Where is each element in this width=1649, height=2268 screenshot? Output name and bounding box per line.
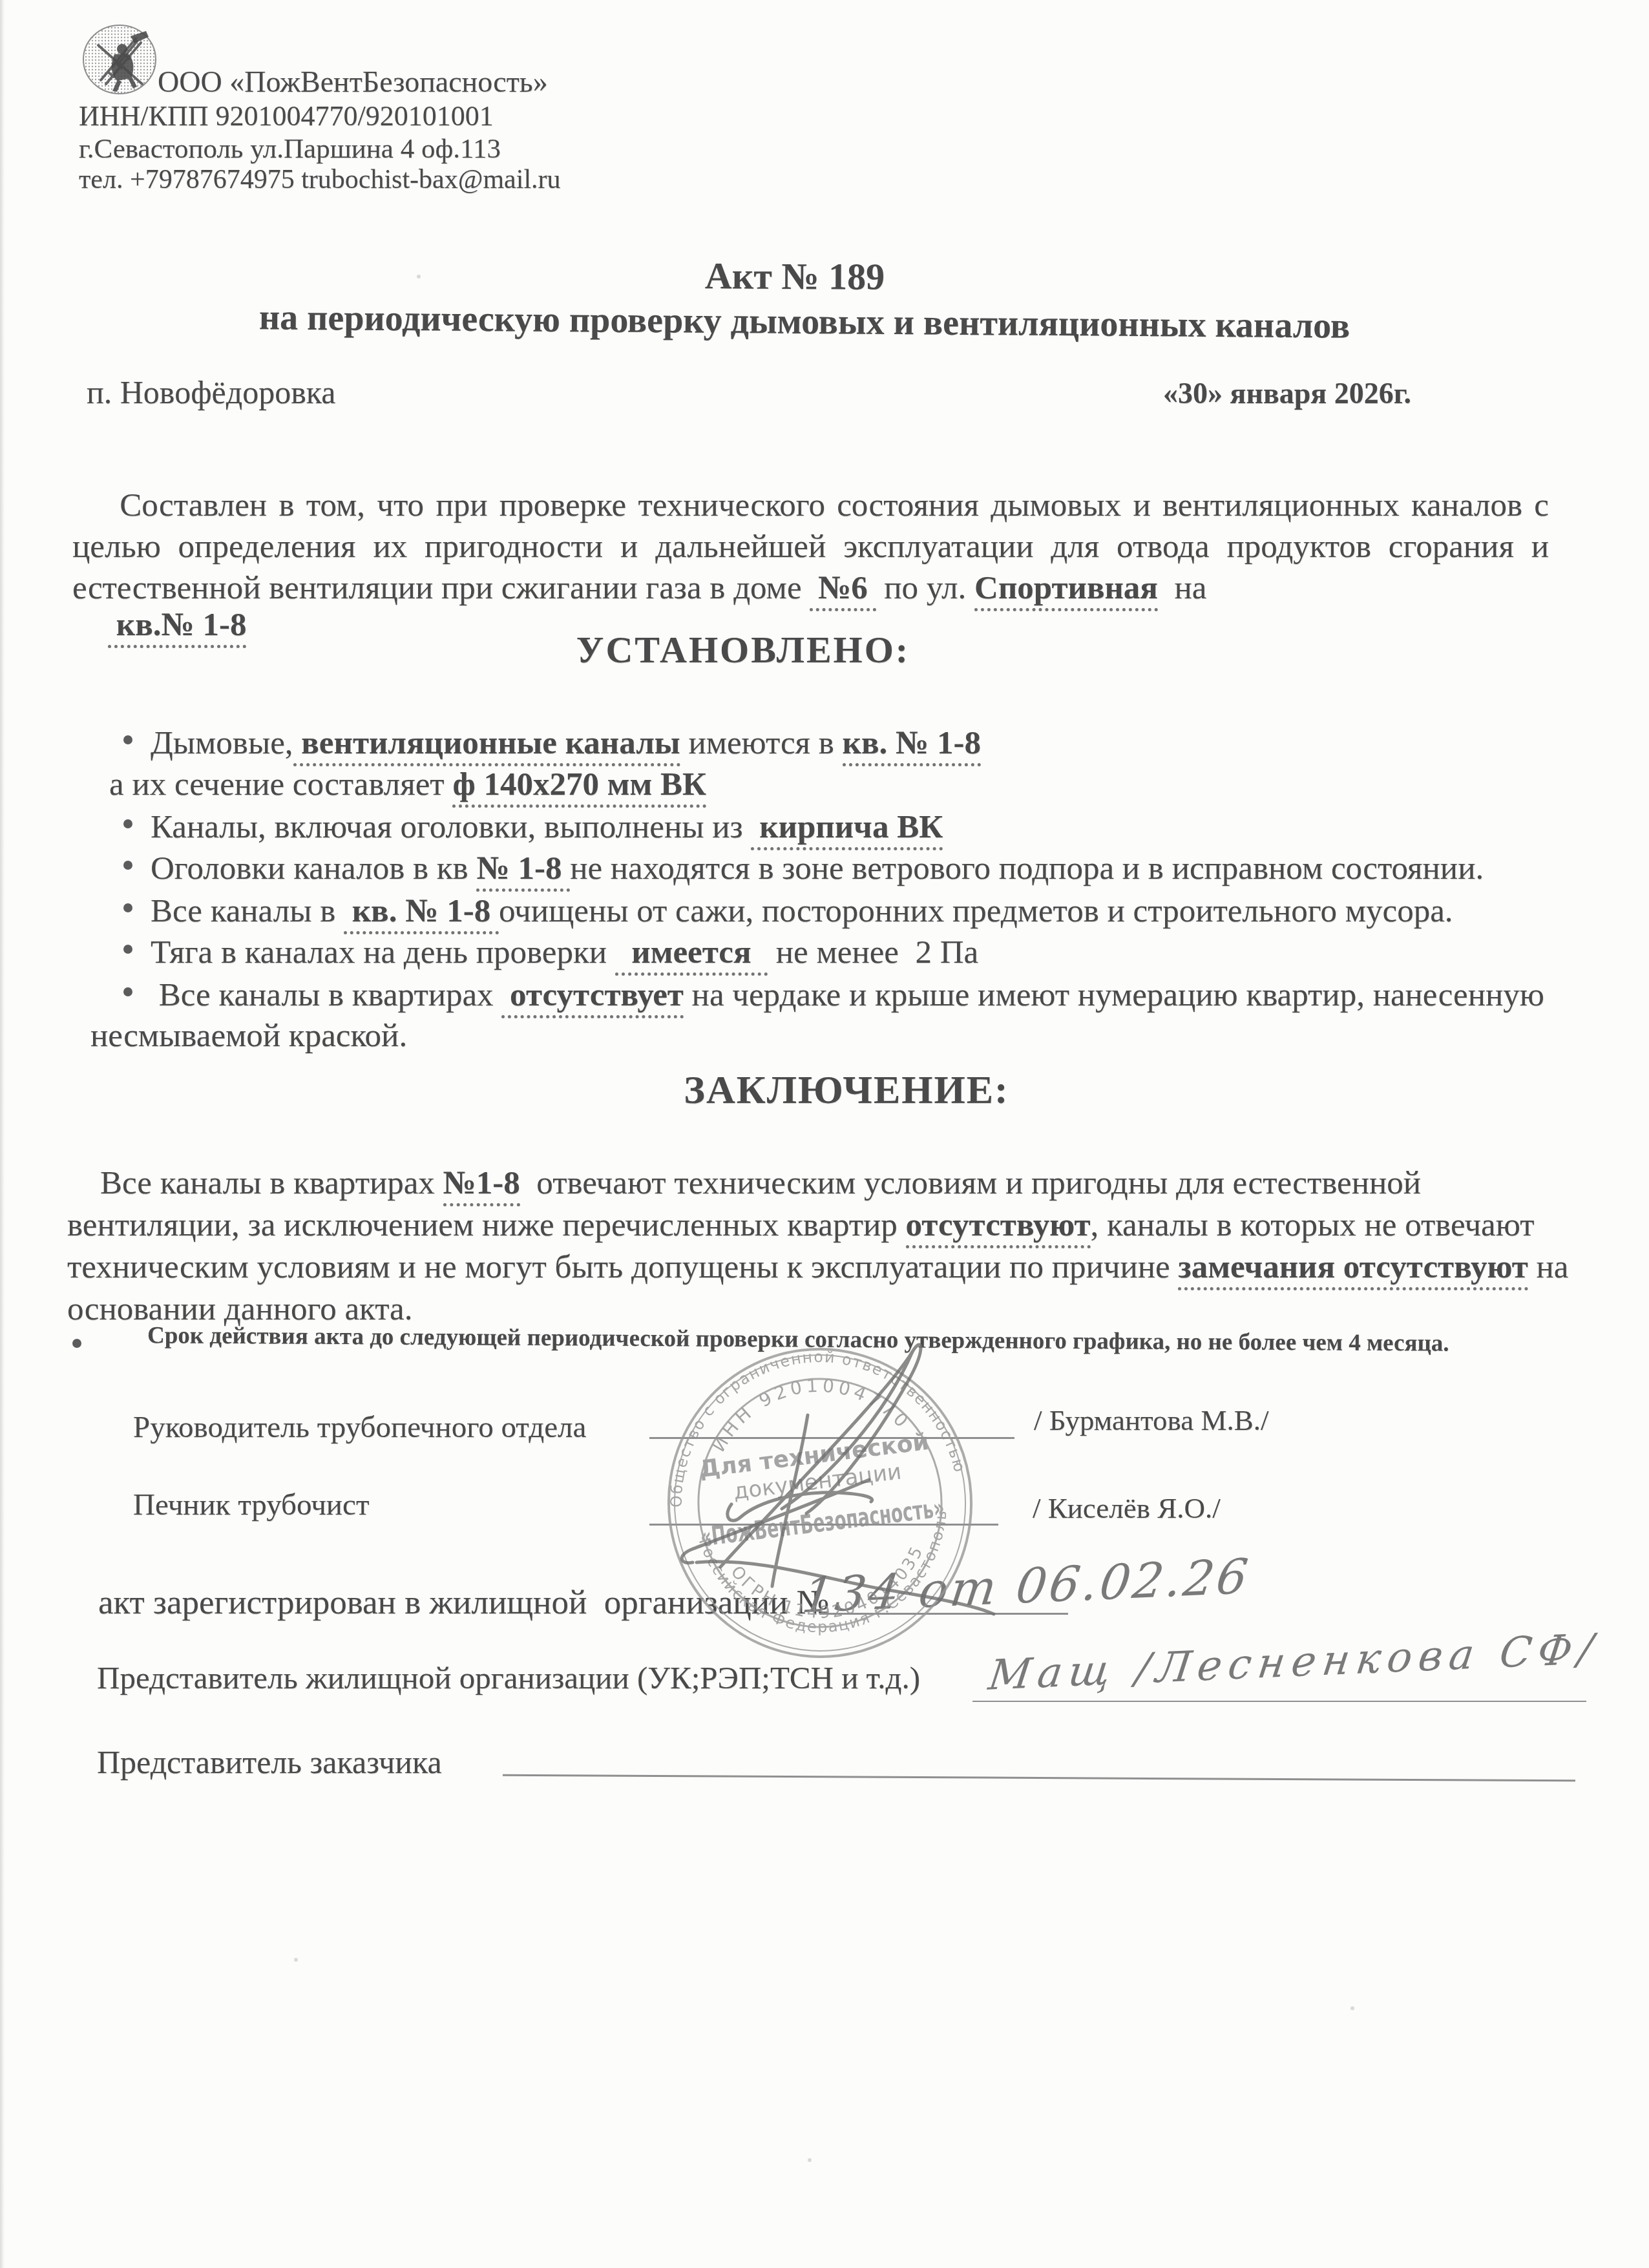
company-address: г.Севастополь ул.Паршина 4 оф.113: [79, 133, 501, 165]
intro-text: на: [1158, 570, 1206, 606]
place-label: п. Новофёдоровка: [87, 373, 336, 411]
bullet-icon: [123, 987, 132, 996]
head-role-label: Руководитель трубопечного отдела: [133, 1410, 586, 1445]
scan-speck: [808, 2158, 812, 2162]
scan-speck: [294, 1958, 298, 1962]
company-contacts: тел. +79787674975 trubochist-bax@mail.ru: [79, 164, 561, 195]
exceptions-value: отсутствуют: [906, 1207, 1091, 1248]
chimney-sweep-logo-icon: [81, 23, 158, 96]
chimney-sweep-role-label: Печник трубочист: [133, 1487, 369, 1522]
intro-paragraph: Составлен в том, что при проверке технич…: [72, 443, 1549, 650]
signature-line: [503, 1774, 1575, 1782]
company-inn-kpp: ИНН/КПП 9201004770/920101001: [79, 100, 494, 132]
pen-signature-strokes: [614, 1312, 1105, 1674]
conclusion-text: Все каналы в квартирах: [100, 1165, 443, 1201]
scan-speck: [417, 275, 421, 278]
scan-speck: [1350, 2006, 1354, 2010]
act-subtitle: на периодическую проверку дымовых и вент…: [0, 295, 1609, 349]
document-page: ООО «ПожВентБезопасность» ИНН/КПП 920100…: [0, 0, 1649, 2268]
item-text: Все каналы в квартирах: [151, 977, 501, 1013]
established-heading: УСТАНОВЛЕНО:: [0, 628, 1486, 671]
act-title: Акт № 189: [0, 251, 1590, 302]
company-name: ООО «ПожВентБезопасность»: [158, 65, 548, 99]
scan-edge-shadow: [0, 0, 5, 2268]
house-number-value: №6: [810, 570, 876, 611]
street-value: Спортивная: [974, 570, 1158, 611]
signature-line: [972, 1701, 1586, 1702]
remarks-value: замечания отсутствуют: [1178, 1249, 1528, 1290]
customer-representative-label: Представитель заказчика: [97, 1743, 442, 1781]
apartments-value: №1-8: [443, 1165, 520, 1206]
intro-text: по ул.: [876, 570, 975, 606]
bullet-icon: [72, 1339, 81, 1348]
numbering-value: отсутствует: [501, 977, 684, 1018]
date-label: «30» января 2026г.: [1163, 376, 1411, 410]
conclusion-heading: ЗАКЛЮЧЕНИЕ:: [39, 1067, 1649, 1113]
